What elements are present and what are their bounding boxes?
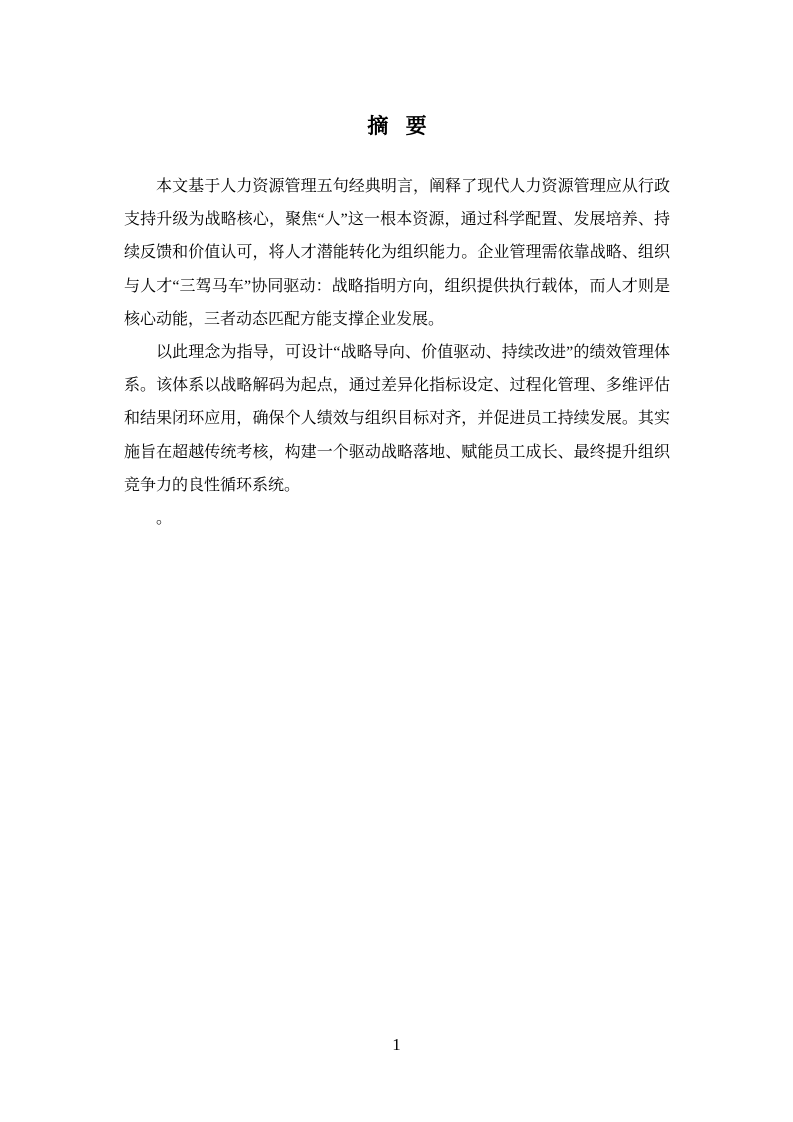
abstract-paragraph-1: 本文基于人力资源管理五句经典明言，阐释了现代人力资源管理应从行政支持升级为战略核… <box>124 170 670 336</box>
document-page: 摘 要 本文基于人力资源管理五句经典明言，阐释了现代人力资源管理应从行政支持升级… <box>0 0 793 1122</box>
abstract-paragraph-3: 。 <box>124 502 670 535</box>
abstract-body: 本文基于人力资源管理五句经典明言，阐释了现代人力资源管理应从行政支持升级为战略核… <box>124 170 670 535</box>
page-content: 摘 要 本文基于人力资源管理五句经典明言，阐释了现代人力资源管理应从行政支持升级… <box>0 0 793 535</box>
page-number: 1 <box>0 1036 793 1054</box>
abstract-paragraph-2: 以此理念为指导，可设计“战略导向、价值驱动、持续改进”的绩效管理体系。该体系以战… <box>124 336 670 502</box>
abstract-title: 摘 要 <box>124 0 670 141</box>
